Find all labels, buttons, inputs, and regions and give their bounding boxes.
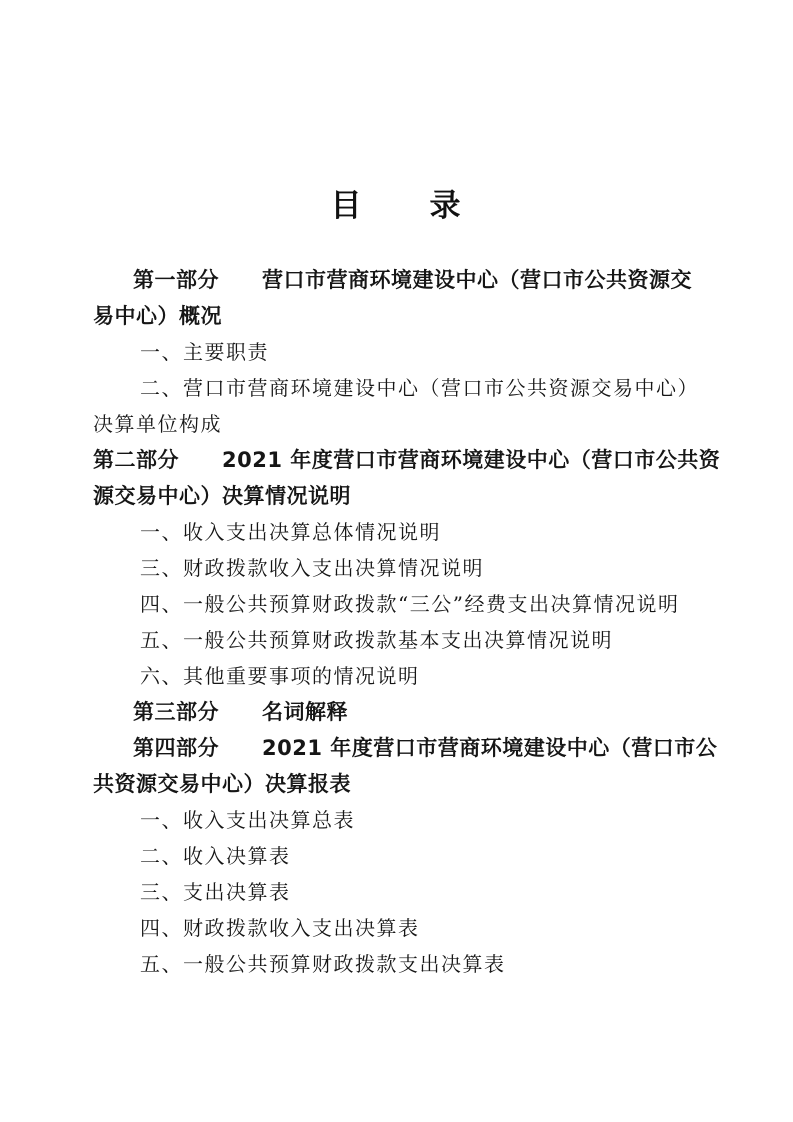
toc-line: 四、财政拨款收入支出决算表: [93, 910, 718, 946]
toc-line: 四、一般公共预算财政拨款“三公”经费支出决算情况说明: [93, 586, 718, 622]
toc-line: 共资源交易中心）决算报表: [93, 766, 718, 802]
toc-line: 五、一般公共预算财政拨款基本支出决算情况说明: [93, 622, 718, 658]
toc-line: 第三部分 名词解释: [93, 694, 718, 730]
toc-line: 一、收入支出决算总表: [93, 802, 718, 838]
toc-line: 源交易中心）决算情况说明: [93, 478, 718, 514]
toc-line: 第一部分 营口市营商环境建设中心（营口市公共资源交: [93, 262, 718, 298]
page-title: 目 录: [0, 180, 793, 225]
toc-line: 一、收入支出决算总体情况说明: [93, 514, 718, 550]
toc-line: 易中心）概况: [93, 298, 718, 334]
toc-line: 六、其他重要事项的情况说明: [93, 658, 718, 694]
toc-line: 五、一般公共预算财政拨款支出决算表: [93, 946, 718, 982]
toc-line: 第二部分 2021 年度营口市营商环境建设中心（营口市公共资: [93, 442, 718, 478]
document-page: 目 录 第一部分 营口市营商环境建设中心（营口市公共资源交易中心）概况一、主要职…: [0, 0, 793, 1122]
table-of-contents: 第一部分 营口市营商环境建设中心（营口市公共资源交易中心）概况一、主要职责二、营…: [93, 262, 718, 982]
toc-line: 二、收入决算表: [93, 838, 718, 874]
toc-line: 决算单位构成: [93, 406, 718, 442]
toc-line: 一、主要职责: [93, 334, 718, 370]
toc-line: 第四部分 2021 年度营口市营商环境建设中心（营口市公: [93, 730, 718, 766]
toc-line: 三、支出决算表: [93, 874, 718, 910]
toc-line: 三、财政拨款收入支出决算情况说明: [93, 550, 718, 586]
toc-line: 二、营口市营商环境建设中心（营口市公共资源交易中心）: [93, 370, 718, 406]
